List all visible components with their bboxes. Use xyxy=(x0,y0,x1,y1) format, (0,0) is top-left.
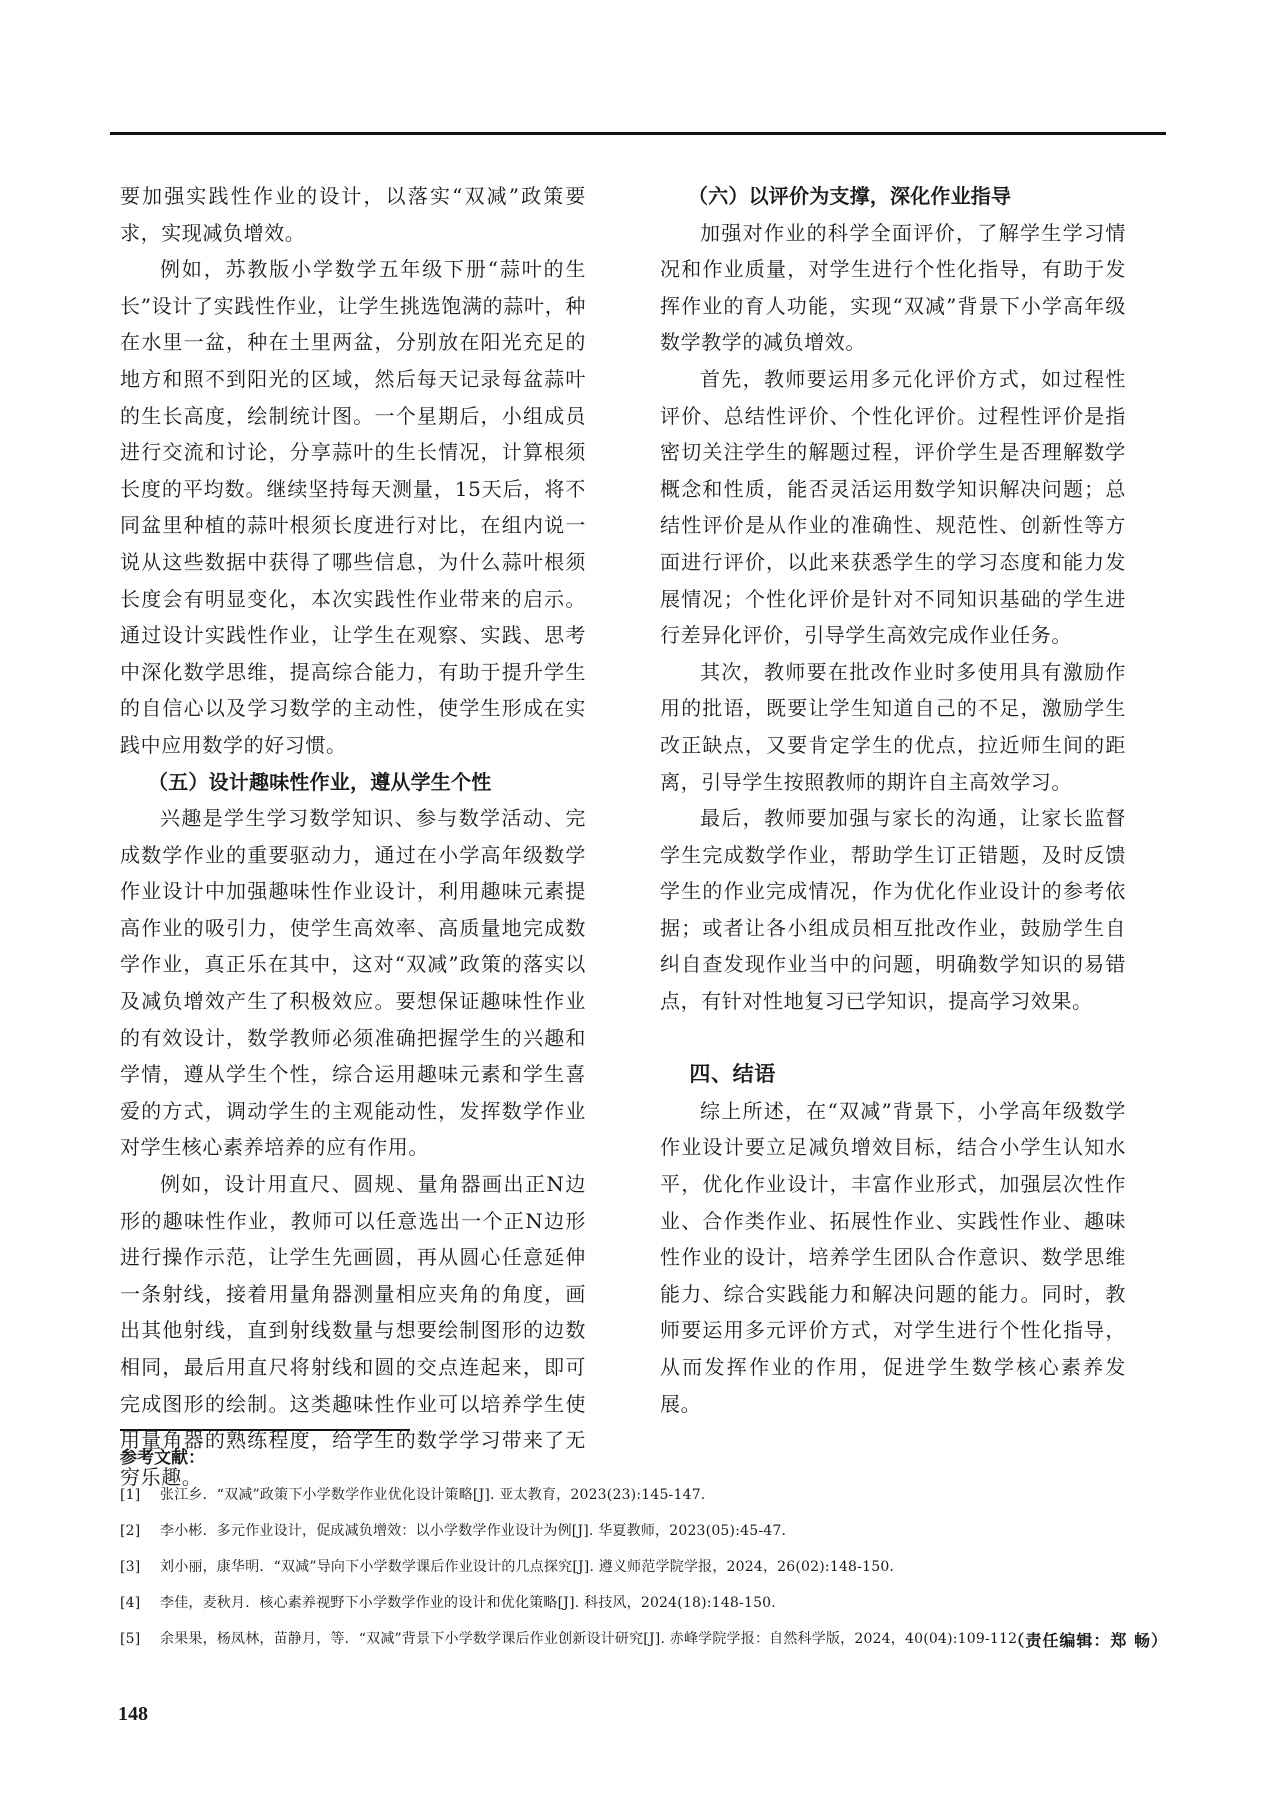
footnote-rule xyxy=(120,1429,410,1431)
references-title: 参考文献： xyxy=(120,1443,1180,1473)
paragraph: 兴趣是学生学习数学知识、参与数学活动、完成数学作业的重要驱动力，通过在小学高年级… xyxy=(120,800,586,1166)
reference-number: [1] xyxy=(120,1477,160,1513)
paragraph: 综上所述，在“双减”背景下，小学高年级数学作业设计要立足减负增效目标，结合小学生… xyxy=(660,1093,1126,1422)
reference-item: [3]刘小丽，康华明．“双减”导向下小学数学课后作业设计的几点探究[J]. 遵义… xyxy=(120,1549,1180,1585)
section-heading-5: （五）设计趣味性作业，遵从学生个性 xyxy=(120,764,586,801)
reference-text: 李小彬．多元作业设计，促成减负增效：以小学数学作业设计为例[J]. 华夏教师，2… xyxy=(160,1523,786,1539)
right-column: （六）以评价为支撑，深化作业指导 加强对作业的科学全面评价，了解学生学习情况和作… xyxy=(660,178,1126,1422)
section-heading-6: （六）以评价为支撑，深化作业指导 xyxy=(660,178,1126,215)
reference-number: [5] xyxy=(120,1621,160,1657)
conclusion-heading: 四、结语 xyxy=(660,1056,1126,1093)
reference-text: 余果果，杨凤林，苗静月，等．“双减”背景下小学数学课后作业创新设计研究[J]. … xyxy=(160,1631,1022,1647)
paragraph: 要加强实践性作业的设计，以落实“双减”政策要求，实现减负增效。 xyxy=(120,178,586,251)
header-rule xyxy=(110,132,1166,135)
reference-number: [3] xyxy=(120,1549,160,1585)
spacer xyxy=(660,1020,1126,1057)
paragraph: 首先，教师要运用多元化评价方式，如过程性评价、总结性评价、个性化评价。过程性评价… xyxy=(660,361,1126,654)
paragraph: 最后，教师要加强与家长的沟通，让家长监督学生完成数学作业，帮助学生订正错题，及时… xyxy=(660,800,1126,1020)
references: 参考文献： [1]张江乡．“双减”政策下小学数学作业优化设计策略[J]. 亚太教… xyxy=(120,1443,1180,1657)
editor-credit: （责任编辑：郑 畅） xyxy=(1008,1628,1168,1651)
reference-text: 刘小丽，康华明．“双减”导向下小学数学课后作业设计的几点探究[J]. 遵义师范学… xyxy=(160,1559,894,1575)
reference-number: [4] xyxy=(120,1585,160,1621)
paragraph: 其次，教师要在批改作业时多使用具有激励作用的批语，既要让学生知道自己的不足，激励… xyxy=(660,654,1126,800)
page-number: 148 xyxy=(118,1703,148,1726)
reference-item: [1]张江乡．“双减”政策下小学数学作业优化设计策略[J]. 亚太教育，2023… xyxy=(120,1477,1180,1513)
paragraph: 加强对作业的科学全面评价，了解学生学习情况和作业质量，对学生进行个性化指导，有助… xyxy=(660,215,1126,361)
reference-item: [4]李佳，麦秋月．核心素养视野下小学数学作业的设计和优化策略[J]. 科技风，… xyxy=(120,1585,1180,1621)
reference-item: [2]李小彬．多元作业设计，促成减负增效：以小学数学作业设计为例[J]. 华夏教… xyxy=(120,1513,1180,1549)
reference-text: 李佳，麦秋月．核心素养视野下小学数学作业的设计和优化策略[J]. 科技风，202… xyxy=(160,1595,776,1611)
paragraph: 例如，苏教版小学数学五年级下册“蒜叶的生长”设计了实践性作业，让学生挑选饱满的蒜… xyxy=(120,251,586,763)
reference-number: [2] xyxy=(120,1513,160,1549)
left-column: 要加强实践性作业的设计，以落实“双减”政策要求，实现减负增效。 例如，苏教版小学… xyxy=(120,178,586,1495)
reference-text: 张江乡．“双减”政策下小学数学作业优化设计策略[J]. 亚太教育，2023(23… xyxy=(160,1487,705,1503)
